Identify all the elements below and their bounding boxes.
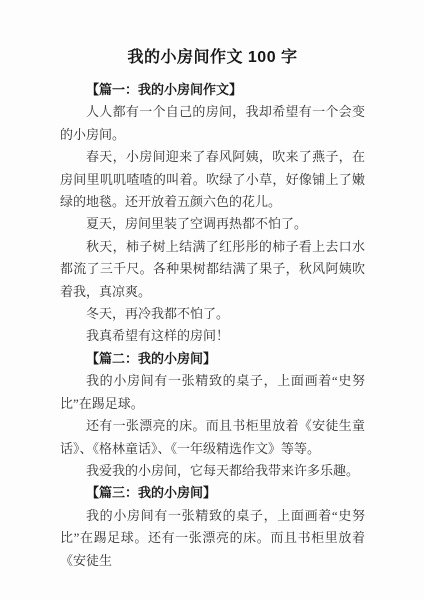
section-heading-3: 【篇三：我的小房间】 (60, 482, 365, 504)
essay-section-3: 【篇三：我的小房间】 我的小房间有一张精致的桌子，上面画着“史努比”在踢足球。还… (60, 482, 365, 572)
essay-section-2: 【篇二：我的小房间】 我的小房间有一张精致的桌子，上面画着“史努比”在踢足球。 … (60, 348, 365, 482)
paragraph: 我爱我的小房间，它每天都给我带来许多乐趣。 (60, 460, 365, 482)
section-heading-1: 【篇一：我的小房间作文】 (60, 79, 365, 101)
paragraph: 我真希望有这样的房间！ (60, 325, 365, 347)
paragraph: 人人都有一个自己的房间，我却希望有一个会变的小房间。 (60, 101, 365, 146)
paragraph: 夏天，房间里装了空调再热都不怕了。 (60, 213, 365, 235)
section-heading-2: 【篇二：我的小房间】 (60, 348, 365, 370)
paragraph: 秋天，柿子树上结满了红彤彤的柿子看上去口水都流了三千尺。各种果树都结满了果子，秋… (60, 236, 365, 303)
paragraph: 冬天，再冷我都不怕了。 (60, 303, 365, 325)
page-title: 我的小房间作文 100 字 (60, 45, 365, 70)
paragraph: 还有一张漂亮的床。而且书柜里放着《安徒生童话》、《格林童话》、《一年级精选作文》… (60, 415, 365, 460)
essay-section-1: 【篇一：我的小房间作文】 人人都有一个自己的房间，我却希望有一个会变的小房间。 … (60, 79, 365, 348)
essay-page: 我的小房间作文 100 字 【篇一：我的小房间作文】 人人都有一个自己的房间，我… (0, 0, 424, 600)
paragraph: 我的小房间有一张精致的桌子，上面画着“史努比”在踢足球。 (60, 370, 365, 415)
paragraph: 春天，小房间迎来了春风阿姨，吹来了燕子，在房间里叽叽喳喳的叫着。吹绿了小草，好像… (60, 146, 365, 213)
paragraph: 我的小房间有一张精致的桌子，上面画着“史努比”在踢足球。还有一张漂亮的床。而且书… (60, 505, 365, 572)
